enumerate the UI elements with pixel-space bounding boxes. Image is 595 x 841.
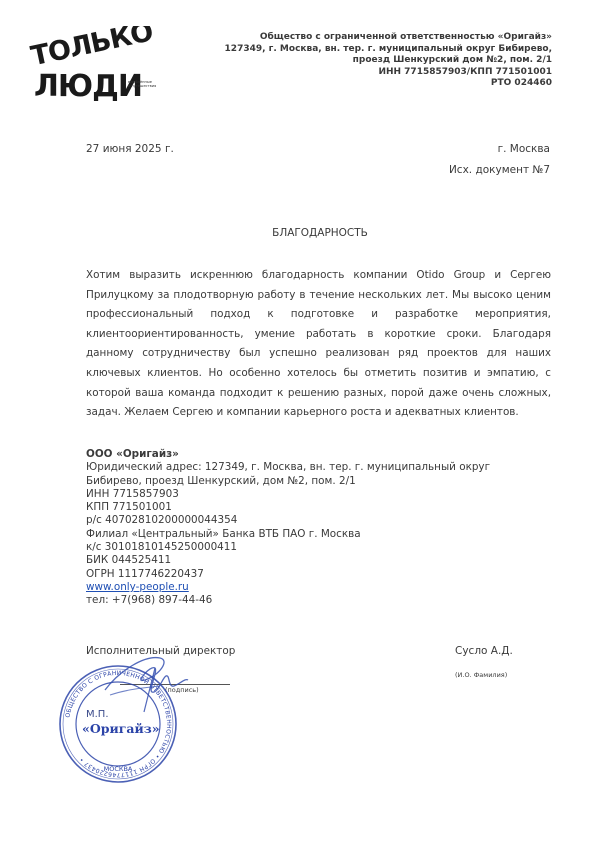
phone: тел: +7(968) 897-44-46 (86, 594, 490, 607)
company-requisites: ООО «Оригайз» Юридический адрес: 127349,… (86, 448, 490, 608)
bik: БИК 044525411 (86, 554, 490, 567)
kpp: КПП 771501001 (86, 501, 490, 514)
header-line: Общество с ограниченной ответственностью… (225, 32, 552, 44)
inn: ИНН 7715857903 (86, 488, 490, 501)
letter-date: 27 июня 2025 г. (86, 143, 174, 155)
legal-address-line: Юридический адрес: 127349, г. Москва, вн… (86, 461, 490, 474)
company-name: ООО «Оригайз» (86, 448, 490, 461)
settlement-account: р/с 40702810200000044354 (86, 514, 490, 527)
letterhead-requisites: Общество с ограниченной ответственностью… (225, 32, 552, 90)
bank-name: Филиал «Центральный» Банка ВТБ ПАО г. Мо… (86, 528, 490, 541)
letter-body: Хотим выразить искреннюю благодарность к… (86, 266, 551, 423)
header-line: ИНН 7715857903/КПП 771501001 (225, 67, 552, 79)
header-line: 127349, г. Москва, вн. тер. г. муниципал… (225, 44, 552, 56)
legal-address-line: Бибирево, проезд Шенкурский, дом №2, пом… (86, 475, 490, 488)
header-line: проезд Шенкурский дом №2, пом. 2/1 (225, 55, 552, 67)
website-link[interactable]: www.only-people.ru (86, 581, 189, 593)
stamp-company-name: «Оригайз» (82, 721, 160, 736)
handwritten-signature (100, 650, 190, 720)
document-title: БЛАГОДАРНОСТЬ (0, 227, 595, 239)
stamp-city: МОСКВА (104, 765, 133, 773)
header-line: РТО 024460 (225, 78, 552, 90)
logo-line1: ТОЛЬКО (28, 26, 155, 72)
logo-line2: ЛЮДИ (34, 69, 142, 104)
logo-tagline: влюблённые в путешествия (128, 80, 156, 89)
correspondent-account: к/с 30101810145250000411 (86, 541, 490, 554)
logo-tagline-line2: в путешествия (128, 84, 156, 88)
ogrn: ОГРН 1117746220437 (86, 568, 490, 581)
signer-name: Сусло А.Д. (455, 645, 513, 657)
company-logo: ТОЛЬКО ЛЮДИ (28, 26, 178, 104)
signer-name-caption: (И.О. Фамилия) (455, 671, 507, 679)
letter-city: г. Москва (498, 143, 550, 155)
outgoing-doc-number: Исх. документ №7 (449, 164, 550, 176)
